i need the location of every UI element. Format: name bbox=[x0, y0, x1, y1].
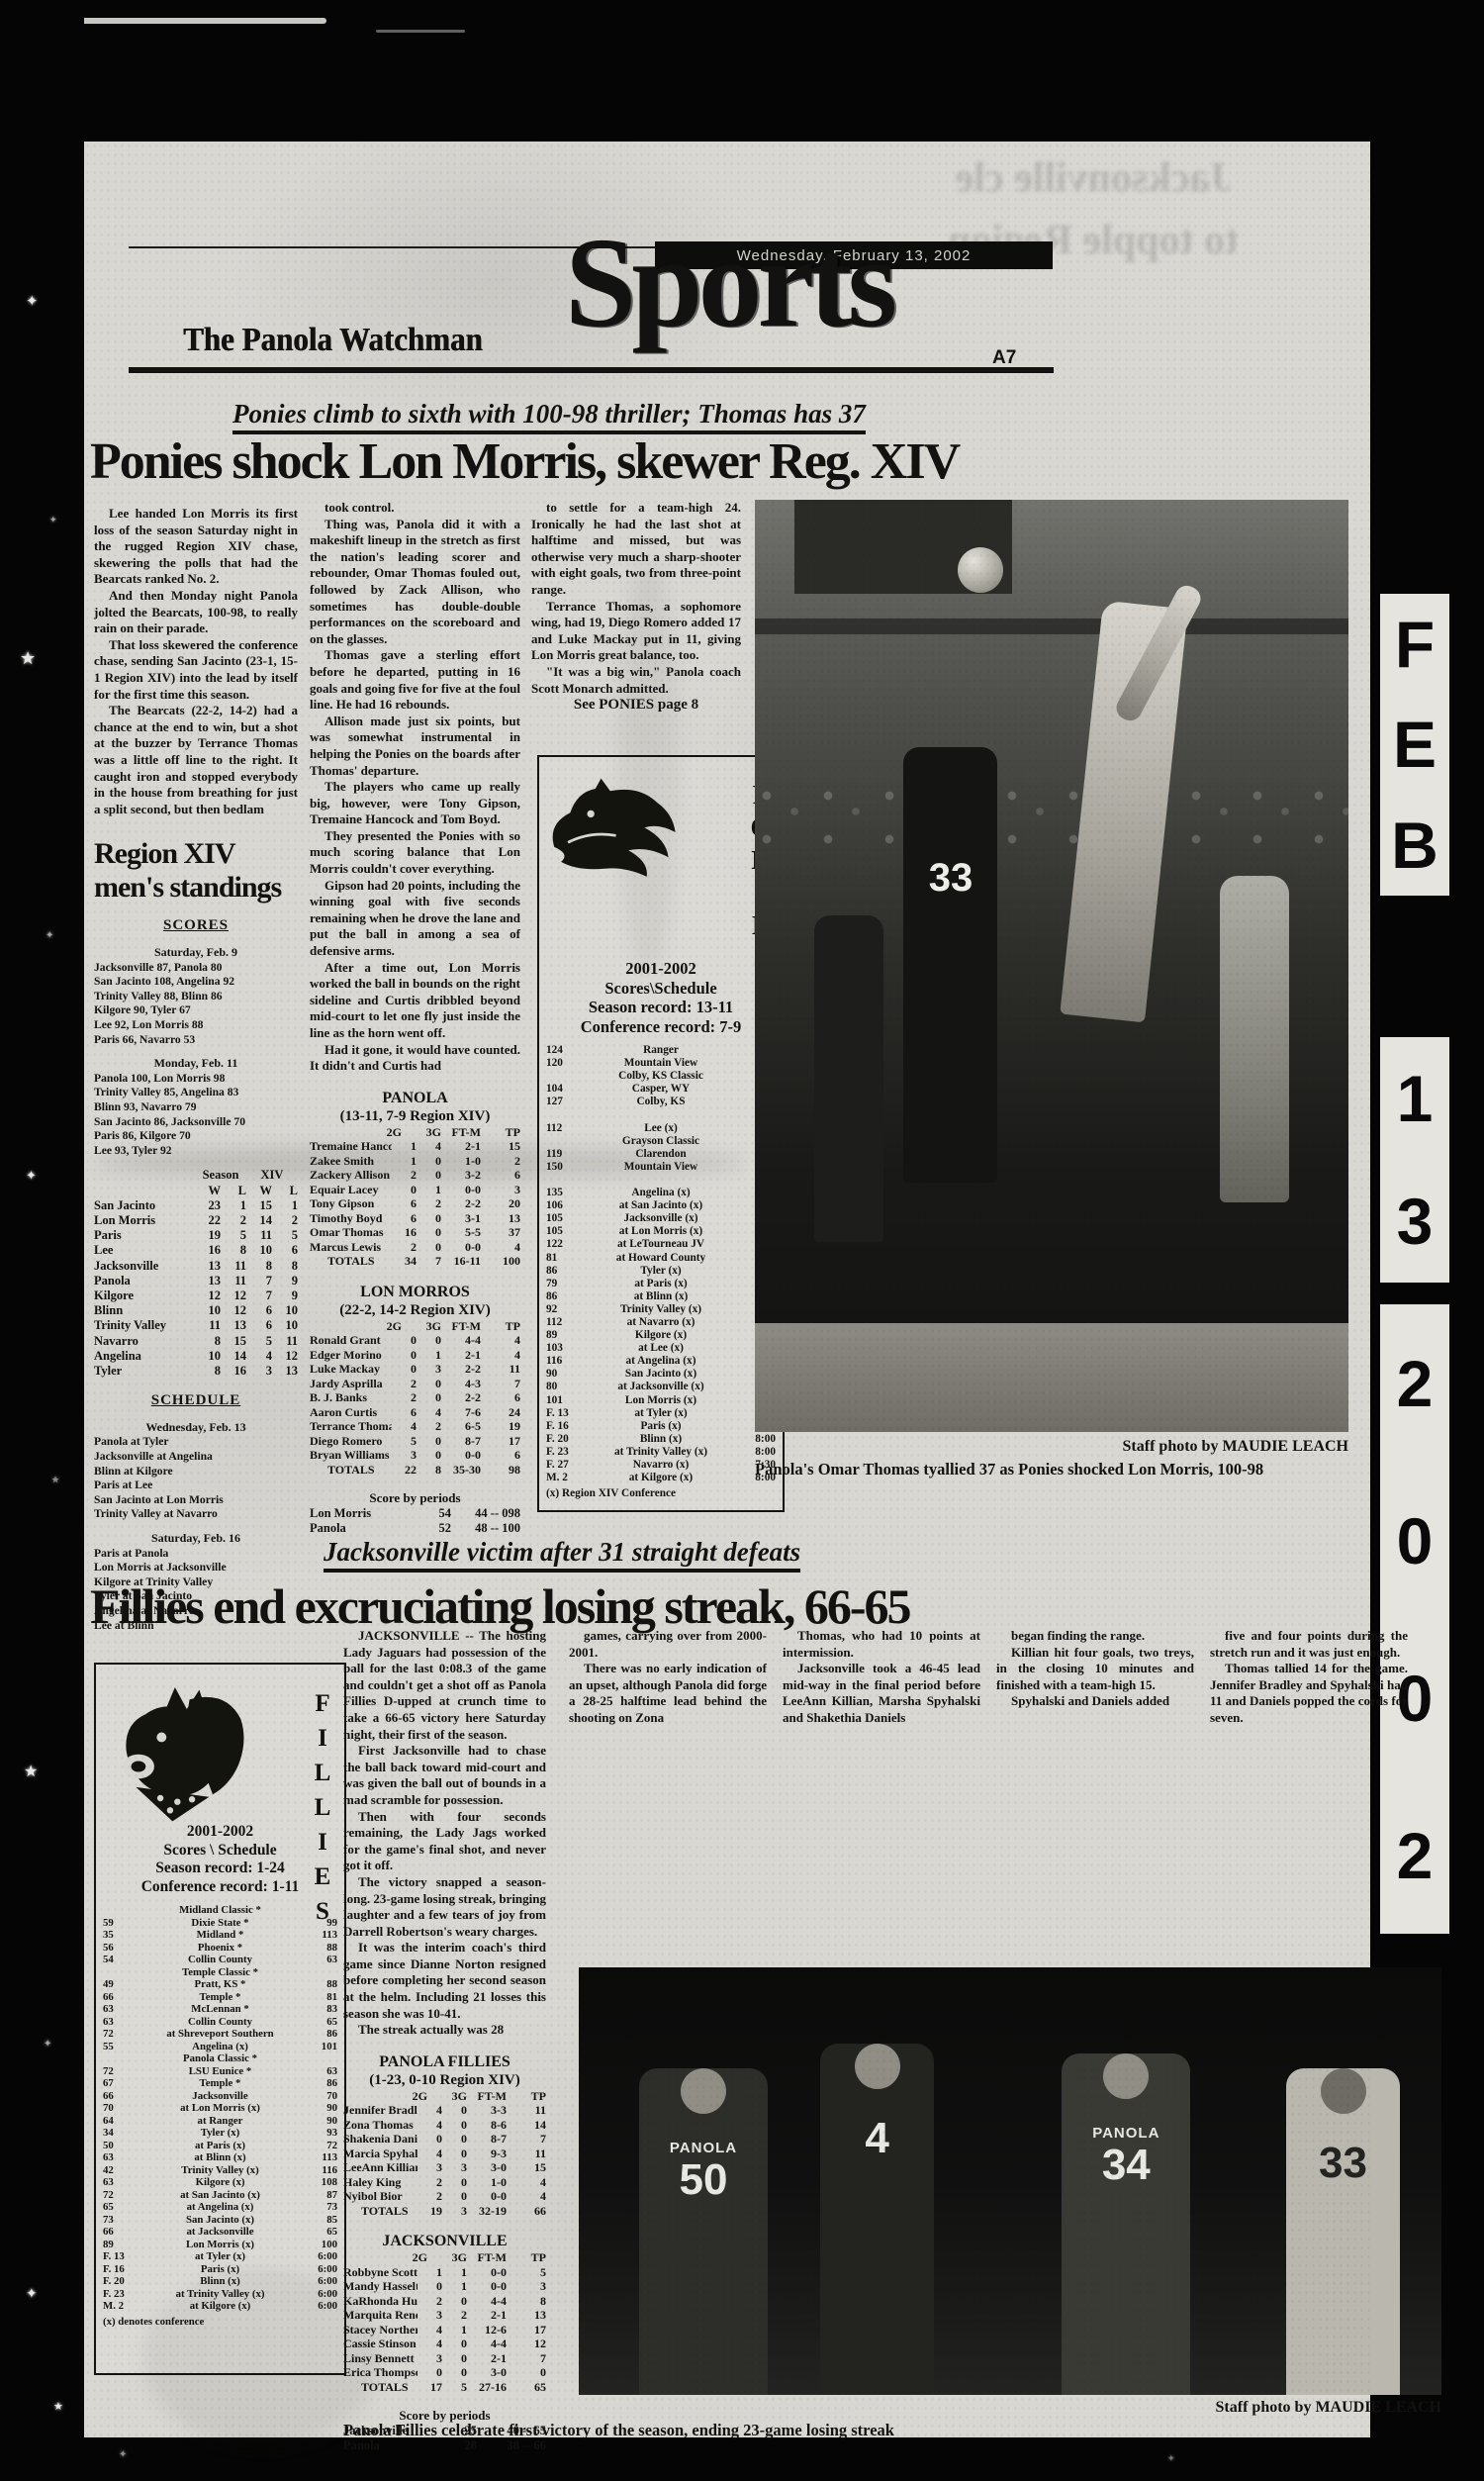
player-name: Jardy Asprilla bbox=[310, 1377, 392, 1391]
schedule-row: 54 Collin County 63 bbox=[103, 1954, 337, 1966]
bleed-line: Jacksonville cle bbox=[856, 147, 1331, 210]
box-score-row: Ronald Grant 00 4-44 bbox=[310, 1333, 520, 1348]
box-score-row: Bryan Williams 30 0-06 bbox=[310, 1448, 520, 1463]
box-col-header: 2G bbox=[362, 1125, 402, 1140]
scores-day1: Saturday, Feb. 9 bbox=[94, 944, 298, 961]
schedule-row: 56 Phoenix * 88 bbox=[103, 1942, 337, 1955]
photo-beam bbox=[755, 619, 1348, 634]
standings-title-line2: men's standings bbox=[94, 871, 298, 905]
standings-wl-header: WLWL bbox=[94, 1184, 298, 1198]
photo-fillies-celebration: PANOLA 50 4 PANOLA 34 bbox=[579, 1967, 1441, 2395]
star-decoration: ★ bbox=[24, 1762, 38, 1781]
box-score-row: Jardy Asprilla 20 4-37 bbox=[310, 1377, 520, 1391]
schedule-row: F. 20 Blinn (x) 8:00 bbox=[546, 1433, 776, 1446]
box-score-row: Tony Gipson 62 2-220 bbox=[310, 1196, 520, 1211]
fillies-jax-box-score: JACKSONVILLE 2G3GFT-MTP Robbyne Scott 11… bbox=[343, 2232, 546, 2394]
photo-caption-1: Panola's Omar Thomas tyallied 37 as Poni… bbox=[755, 1460, 1408, 1479]
schedule-row: 66 at Jacksonville 65 bbox=[103, 2226, 337, 2239]
score-line: Paris 86, Kilgore 70 bbox=[94, 1129, 298, 1144]
date-letter: 1 bbox=[1397, 1066, 1434, 1131]
box-col-header: 2G bbox=[362, 1319, 402, 1334]
player-name: Zakee Smith bbox=[310, 1154, 392, 1169]
vertical-letter: I bbox=[306, 1825, 339, 1860]
player-name: Equair Lacey bbox=[310, 1183, 392, 1197]
story-paragraph: Thomas tallied 14 for the game. Jennifer… bbox=[1210, 1661, 1408, 1726]
score-line: Trinity Valley 88, Blinn 86 bbox=[94, 990, 298, 1004]
player-name: Edger Morino bbox=[310, 1348, 392, 1363]
team-name: Panola bbox=[94, 1274, 195, 1288]
box-score-row: Stacey Northern 41 12-617 bbox=[343, 2323, 546, 2338]
story-paragraph: Thomas, who had 10 points at intermissio… bbox=[783, 1628, 980, 1661]
box-score-row: Shakenia Daniels 00 8-77 bbox=[343, 2132, 546, 2147]
player-name: Zackery Allison bbox=[310, 1168, 392, 1183]
schedule-row: 63 at Blinn (x) 113 bbox=[103, 2151, 337, 2164]
schedule-row: 105 Jacksonville (x) 111 bbox=[546, 1212, 776, 1225]
ponies-schedule-footnote: (x) Region XIV Conference bbox=[546, 1487, 776, 1499]
player-name: Tony Gipson bbox=[310, 1196, 392, 1211]
box-score-row: Cassie Stinson 40 4-412 bbox=[343, 2337, 546, 2351]
schedule-row: 63 Kilgore (x) 108 bbox=[103, 2176, 337, 2189]
score-by-periods-1: Score by periods Lon Morris 54 44 -- 098… bbox=[310, 1490, 520, 1536]
schedule-header-line: Scores\Schedule bbox=[546, 979, 776, 999]
story-paragraph: Jacksonville took a 46-45 lead mid-way i… bbox=[783, 1661, 980, 1726]
photo-caption-2: Panola Fillies celebrate first victory o… bbox=[343, 2421, 1333, 2440]
score-line: Lee 93, Tyler 92 bbox=[94, 1144, 298, 1159]
box-col-header: FT-M bbox=[441, 1125, 481, 1140]
periods-row: Lon Morris 54 44 -- 098 bbox=[310, 1506, 520, 1521]
box-totals-row: TOTALS 17 5 27-16 65 bbox=[343, 2380, 546, 2395]
photo-player-figure: PANOLA 34 bbox=[1062, 2053, 1190, 2395]
schedule-row: 73 San Jacinto (x) 85 bbox=[103, 2214, 337, 2227]
schedule-row: Temple Classic * bbox=[103, 1966, 337, 1979]
schedule-row: 79 at Paris (x) 96 bbox=[546, 1278, 776, 1290]
jersey-team-label: PANOLA bbox=[1062, 2125, 1190, 2142]
story-paragraph: And then Monday night Panola jolted the … bbox=[94, 588, 298, 637]
schedule-header-line: 2001-2002 bbox=[546, 959, 776, 979]
date-letter: F bbox=[1395, 612, 1435, 677]
star-decoration: ★ bbox=[51, 1475, 59, 1485]
box-score-row: Equair Lacey 01 0-03 bbox=[310, 1183, 520, 1197]
player-name: Linsy Bennett bbox=[343, 2351, 417, 2366]
box-score-row: Terrance Thomas 42 6-519 bbox=[310, 1419, 520, 1434]
schedule-row: 103 at Lee (x) 85 bbox=[546, 1342, 776, 1355]
player-name: Robbyne Scott bbox=[343, 2265, 417, 2280]
photo-player-figure: PANOLA 50 bbox=[639, 2068, 768, 2395]
standings-row: Navarro 8 15 5 11 bbox=[94, 1334, 298, 1349]
schedule-row: Panola Classic * bbox=[103, 2052, 337, 2065]
box-score-row: Marcia Spyhalski 40 9-311 bbox=[343, 2147, 546, 2161]
schedule-row: 116 at Angelina (x) 106 bbox=[546, 1355, 776, 1368]
photo-player-defender bbox=[903, 747, 997, 1183]
star-decoration: ✦ bbox=[49, 515, 57, 525]
story-paragraph: After a time out, Lon Morris worked the … bbox=[310, 960, 520, 1042]
box-score-row: Marquita Rendle 32 2-113 bbox=[343, 2308, 546, 2323]
ponies-logo bbox=[545, 769, 694, 903]
jersey-number: 33 bbox=[913, 856, 988, 901]
ponies-article-col1: Lee handed Lon Morris its first loss of … bbox=[94, 506, 298, 1633]
schedule-row: 92 Trinity Valley (x) 72 bbox=[546, 1303, 776, 1316]
periods-heading: Score by periods bbox=[310, 1490, 520, 1506]
story-paragraph: games, carrying over from 2000-2001. bbox=[569, 1628, 767, 1661]
scores-day2-list: Panola 100, Lon Morris 98Trinity Valley … bbox=[94, 1072, 298, 1159]
standings-title: Region XIV men's standings bbox=[94, 837, 298, 904]
player-name: Terrance Thomas bbox=[310, 1419, 392, 1434]
story-paragraph: They presented the Ponies with so much s… bbox=[310, 828, 520, 878]
box-col-header: 3G bbox=[402, 1125, 441, 1140]
standings-row: Paris 19 5 11 5 bbox=[94, 1228, 298, 1243]
story-paragraph: to settle for a team-high 24. Ironically… bbox=[531, 500, 741, 599]
schedule-row: 135 Angelina (x) 109 bbox=[546, 1187, 776, 1199]
ponies-schedule-rows: 124 Ranger 109 120 Mountain View 100 Col… bbox=[546, 1044, 776, 1484]
box-col-header: 2G bbox=[388, 2089, 427, 2104]
section-title: Sports bbox=[565, 219, 892, 347]
jersey-number: 33 bbox=[1286, 2140, 1400, 2187]
ponies-schedule-header: 2001-2002Scores\ScheduleSeason record: 1… bbox=[546, 959, 776, 1036]
schedule-row: 112 at Navarro (x) 97 bbox=[546, 1316, 776, 1329]
box-score-row: Marcus Lewis 20 0-04 bbox=[310, 1240, 520, 1255]
schedule-row: 120 Mountain View 100 bbox=[546, 1057, 776, 1070]
fillies-schedule-rows: Midland Classic * 59 Dixie State * 99 35… bbox=[103, 1904, 337, 2313]
schedule-row: 89 Lon Morris (x) 100 bbox=[103, 2239, 337, 2251]
box-col-header: TP bbox=[507, 2089, 546, 2104]
schedule-row: 89 Kilgore (x) 85 bbox=[546, 1329, 776, 1342]
schedule-line: Blinn at Kilgore bbox=[94, 1465, 298, 1479]
fillies-article-col1: JACKSONVILLE -- The hosting Lady Jaguars… bbox=[343, 1628, 546, 2453]
scores-day1-list: Jacksonville 87, Panola 80San Jacinto 10… bbox=[94, 961, 298, 1048]
box-score-row: Zona Thomas 40 8-614 bbox=[343, 2118, 546, 2133]
fillies-article-col2: games, carrying over from 2000-2001.Ther… bbox=[569, 1628, 767, 1727]
standings-row: Lee 16 8 10 6 bbox=[94, 1243, 298, 1258]
story-paragraph: Thing was, Panola did it with a makeshif… bbox=[310, 517, 520, 648]
schedule-row: 72 LSU Eunice * 63 bbox=[103, 2065, 337, 2078]
box-score-row: Erica Thompson 00 3-00 bbox=[343, 2365, 546, 2380]
player-name: Nyibol Bior bbox=[343, 2189, 417, 2204]
score-line: San Jacinto 108, Angelina 92 bbox=[94, 975, 298, 990]
film-edge-top bbox=[0, 0, 1484, 142]
team-name: Angelina bbox=[94, 1349, 195, 1364]
box-col-header: 2G bbox=[388, 2250, 427, 2265]
story-paragraph: The victory snapped a season-long. 23-ga… bbox=[343, 1874, 546, 1940]
story-paragraph: It was the interim coach's third game si… bbox=[343, 1940, 546, 2022]
photo-crowd bbox=[755, 782, 1348, 851]
star-decoration: ★ bbox=[53, 2400, 63, 2413]
photo-player bbox=[1220, 876, 1289, 1202]
date-letter: E bbox=[1393, 712, 1437, 777]
player-name: B. J. Banks bbox=[310, 1390, 392, 1405]
story-paragraph: First Jacksonville had to chase the ball… bbox=[343, 1743, 546, 1808]
team-name: San Jacinto bbox=[94, 1198, 195, 1213]
box-score-row: Aaron Curtis 64 7-624 bbox=[310, 1405, 520, 1420]
star-decoration: ✦ bbox=[46, 930, 53, 941]
box-score-row: Jennifer Bradley 40 3-311 bbox=[343, 2103, 546, 2118]
star-decoration: ✦ bbox=[119, 2449, 127, 2460]
date-letter: B bbox=[1391, 812, 1438, 878]
team-name: Kilgore bbox=[94, 1288, 195, 1303]
schedule-row: F. 16 Paris (x) 8:00 bbox=[546, 1420, 776, 1433]
box-score-row: Timothy Boyd 60 3-113 bbox=[310, 1211, 520, 1226]
vertical-letter: L bbox=[306, 1756, 339, 1790]
story-paragraph: That loss skewered the conference chase,… bbox=[94, 637, 298, 703]
schedule-row: F. 23 at Trinity Valley (x) 6:00 bbox=[103, 2288, 337, 2301]
photo-court-floor bbox=[755, 1323, 1348, 1432]
date-tab-year: 2002 bbox=[1380, 1304, 1449, 1934]
schedule-row: F. 23 at Trinity Valley (x) 8:00 bbox=[546, 1446, 776, 1459]
fillies-kicker: Jacksonville victim after 31 straight de… bbox=[324, 1537, 800, 1573]
schedule-line: Paris at Panola bbox=[94, 1547, 298, 1562]
photo-player bbox=[814, 915, 883, 1242]
box-score-row: Linsy Bennett 30 2-17 bbox=[343, 2351, 546, 2366]
standings-row: Lon Morris 22 2 14 2 bbox=[94, 1213, 298, 1228]
wl-label: W bbox=[195, 1184, 221, 1198]
schedule-row: 150 Mountain View 110 bbox=[546, 1161, 776, 1174]
star-decoration: ✦ bbox=[26, 292, 39, 311]
schedule-row: 112 Lee (x) 140 bbox=[546, 1122, 776, 1135]
box-score-row: Mandy Hasseltine 01 0-03 bbox=[343, 2279, 546, 2294]
standings-row: San Jacinto 23 1 15 1 bbox=[94, 1198, 298, 1213]
team-name: Lee bbox=[94, 1243, 195, 1258]
schedule-row: M. 2 at Kilgore (x) 6:00 bbox=[103, 2300, 337, 2313]
story-paragraph: There was no early indication of an upse… bbox=[569, 1661, 767, 1726]
story-paragraph: Had it gone, it would have counted. It d… bbox=[310, 1042, 520, 1075]
schedule-header-line: Scores \ Schedule bbox=[103, 1842, 337, 1861]
standings-row: Panola 13 11 7 9 bbox=[94, 1274, 298, 1288]
box-score-row: Luke Mackay 03 2-211 bbox=[310, 1362, 520, 1377]
player-head bbox=[1103, 2053, 1149, 2099]
team-name: Lon Morris bbox=[94, 1213, 195, 1228]
box-col-header: 3G bbox=[427, 2089, 467, 2104]
schedule-header-line: Conference record: 7-9 bbox=[546, 1017, 776, 1037]
periods-row: Panola 28 38 -- 66 bbox=[343, 2438, 546, 2453]
score-line: Kilgore 90, Tyler 67 bbox=[94, 1003, 298, 1018]
wl-label: L bbox=[272, 1184, 298, 1198]
schedule-day1-list: Panola at TylerJacksonville at AngelinaB… bbox=[94, 1435, 298, 1522]
story-paragraph: The Bearcats (22-2, 14-2) had a chance a… bbox=[94, 703, 298, 817]
schedule-line: San Jacinto at Lon Morris bbox=[94, 1493, 298, 1508]
story-paragraph: Gipson had 20 points, including the winn… bbox=[310, 878, 520, 960]
score-line: Jacksonville 87, Panola 80 bbox=[94, 961, 298, 976]
team-name: Tyler bbox=[94, 1364, 195, 1379]
ponies-article-col3: to settle for a team-high 24. Ironically… bbox=[531, 500, 741, 714]
ponies-article-col2: took control.Thing was, Panola did it wi… bbox=[310, 500, 520, 1536]
standings-row: Blinn 10 12 6 10 bbox=[94, 1303, 298, 1318]
score-line: Paris 66, Navarro 53 bbox=[94, 1033, 298, 1048]
standings-xiv-header: XIV bbox=[246, 1168, 298, 1183]
date-letter: 2 bbox=[1397, 1351, 1434, 1416]
schedule-row: 119 Clarendon 101 bbox=[546, 1148, 776, 1161]
player-name: Cassie Stinson bbox=[343, 2337, 417, 2351]
film-scratch bbox=[376, 30, 465, 33]
story-paragraph: JACKSONVILLE -- The hosting Lady Jaguars… bbox=[343, 1628, 546, 1743]
periods-row: Panola 52 48 -- 100 bbox=[310, 1521, 520, 1536]
schedule-row: 127 Colby, KS 136 bbox=[546, 1096, 776, 1108]
box-title: PANOLA FILLIES bbox=[343, 2052, 546, 2071]
schedule-row: 66 Temple * 81 bbox=[103, 1991, 337, 2004]
player-head bbox=[1321, 2068, 1366, 2114]
ponies-headline: Ponies shock Lon Morris, skewer Reg. XIV bbox=[90, 436, 959, 488]
schedule-row: 63 Collin County 65 bbox=[103, 2016, 337, 2029]
schedule-row: 66 Jacksonville 70 bbox=[103, 2090, 337, 2103]
box-col-header: 3G bbox=[402, 1319, 441, 1334]
schedule-line: Jacksonville at Angelina bbox=[94, 1450, 298, 1465]
player-name: Luke Mackay bbox=[310, 1362, 392, 1377]
horse-icon bbox=[545, 769, 694, 898]
story-paragraph: Thomas gave a sterling effort before he … bbox=[310, 647, 520, 713]
player-name: Tremaine Hancock bbox=[310, 1139, 392, 1154]
box-col-header: 3G bbox=[427, 2250, 467, 2265]
standings-row: Jacksonville 13 11 8 8 bbox=[94, 1259, 298, 1274]
story-paragraph: took control. bbox=[310, 500, 520, 517]
box-score-row: LeeAnn Killian 33 3-015 bbox=[343, 2160, 546, 2175]
schedule-row bbox=[546, 1108, 776, 1121]
star-decoration: ✦ bbox=[26, 1168, 37, 1184]
player-name: Stacey Northern bbox=[343, 2323, 417, 2338]
player-name: Aaron Curtis bbox=[310, 1405, 392, 1420]
story-paragraph: "It was a big win," Panola coach Scott M… bbox=[531, 664, 741, 697]
schedule-row: 90 San Jacinto (x) 101 bbox=[546, 1368, 776, 1381]
schedule-row: 49 Pratt, KS * 88 bbox=[103, 1978, 337, 1991]
fillies-article-col3: Thomas, who had 10 points at intermissio… bbox=[783, 1628, 980, 1727]
story-paragraph: The streak actually was 28 bbox=[343, 2022, 546, 2039]
player-name: Ronald Grant bbox=[310, 1333, 392, 1348]
score-line: Lee 92, Lon Morris 88 bbox=[94, 1018, 298, 1033]
schedule-row: Colby, KS Classic bbox=[546, 1070, 776, 1083]
newspaper-nameplate: The Panola Watchman bbox=[183, 320, 483, 359]
schedule-row: 105 at Lon Morris (x) 116 bbox=[546, 1225, 776, 1238]
team-name: Trinity Valley bbox=[94, 1318, 195, 1333]
player-name: Timothy Boyd bbox=[310, 1211, 392, 1226]
box-score-row: Tremaine Hancock 14 2-115 bbox=[310, 1139, 520, 1154]
schedule-heading: SCHEDULE bbox=[94, 1392, 298, 1409]
schedule-row: 70 at Lon Morris (x) 90 bbox=[103, 2102, 337, 2115]
vertical-letter: S bbox=[306, 1894, 339, 1929]
schedule-row: 50 at Paris (x) 72 bbox=[103, 2140, 337, 2152]
vertical-letter: E bbox=[306, 1860, 339, 1894]
ponies-kicker: Ponies climb to sixth with 100-98 thrill… bbox=[232, 399, 866, 434]
standings-row: Kilgore 12 12 7 9 bbox=[94, 1288, 298, 1303]
fillies-vertical-letters: FILLIES bbox=[306, 1686, 339, 1929]
ponies-schedule-box: PONIES 2001-2002Scores\ScheduleSeason re… bbox=[537, 755, 785, 1512]
scores-day2: Monday, Feb. 11 bbox=[94, 1055, 298, 1072]
photo-main-basketball: 33 bbox=[755, 500, 1348, 1432]
date-letter: 2 bbox=[1397, 1823, 1434, 1888]
vertical-letter: I bbox=[306, 1721, 339, 1756]
schedule-row: 64 at Ranger 90 bbox=[103, 2115, 337, 2128]
schedule-row: F. 16 Paris (x) 6:00 bbox=[103, 2263, 337, 2276]
box-score-row: Edger Morino 01 2-14 bbox=[310, 1348, 520, 1363]
box-col-header: TP bbox=[481, 1125, 520, 1140]
box-score-row: KaRhonda Hunter 20 4-48 bbox=[343, 2294, 546, 2309]
schedule-day1: Wednesday, Feb. 13 bbox=[94, 1419, 298, 1436]
schedule-row bbox=[546, 1174, 776, 1187]
score-line: Blinn 93, Navarro 79 bbox=[94, 1100, 298, 1115]
score-line: Trinity Valley 85, Angelina 83 bbox=[94, 1086, 298, 1100]
player-name: Bryan Williams bbox=[310, 1448, 392, 1463]
jersey-number: 50 bbox=[639, 2156, 768, 2204]
lonmorris-box-score: LON MORROS (22-2, 14-2 Region XIV) 2G3GF… bbox=[310, 1283, 520, 1478]
standings-title-line1: Region XIV bbox=[94, 837, 298, 871]
team-name: Jacksonville bbox=[94, 1259, 195, 1274]
schedule-row: F. 20 Blinn (x) 6:00 bbox=[103, 2275, 337, 2288]
fillies-schedule-header: 2001-2002Scores \ ScheduleSeason record:… bbox=[103, 1823, 337, 1896]
schedule-line: Panola at Tyler bbox=[94, 1435, 298, 1450]
fillies-schedule-footnote: (x) denotes conference bbox=[103, 2316, 337, 2328]
schedule-row: 72 at San Jacinto (x) 87 bbox=[103, 2189, 337, 2202]
wl-label: L bbox=[221, 1184, 246, 1198]
box-col-header: FT-M bbox=[441, 1319, 481, 1334]
score-line: San Jacinto 86, Jacksonville 70 bbox=[94, 1115, 298, 1130]
schedule-row: 67 Temple * 86 bbox=[103, 2077, 337, 2090]
schedule-row: 72 at Shreveport Southern 86 bbox=[103, 2028, 337, 2041]
schedule-header-line: Season record: 13-11 bbox=[546, 998, 776, 1017]
schedule-row: F. 27 Navarro (x) 7:30 bbox=[546, 1459, 776, 1472]
player-name: Haley King bbox=[343, 2175, 417, 2190]
vertical-letter: F bbox=[306, 1686, 339, 1721]
schedule-row: 80 at Jacksonville (x) 87 bbox=[546, 1381, 776, 1393]
box-totals-row: TOTALS 22 8 35-30 98 bbox=[310, 1463, 520, 1478]
schedule-header-line: Conference record: 1-11 bbox=[103, 1878, 337, 1897]
box-title: LON MORROS bbox=[310, 1283, 520, 1301]
standings-table: San Jacinto 23 1 15 1 Lon Morris 22 2 14… bbox=[94, 1198, 298, 1379]
date-letter: 0 bbox=[1397, 1508, 1434, 1574]
fillies-article-col5: five and four points during the stretch … bbox=[1210, 1628, 1408, 1727]
player-name: Mandy Hasseltine bbox=[343, 2279, 417, 2294]
box-score-row: Haley King 20 1-04 bbox=[343, 2175, 546, 2190]
team-name: Navarro bbox=[94, 1334, 195, 1349]
photo-credit-1: Staff photo by MAUDIE LEACH bbox=[755, 1438, 1348, 1456]
photo-player-figure: 33 bbox=[1286, 2068, 1400, 2395]
panola-box-score: PANOLA (13-11, 7-9 Region XIV) 2G3GFT-MT… bbox=[310, 1089, 520, 1269]
fillies-panola-box-score: PANOLA FILLIES (1-23, 0-10 Region XIV) 2… bbox=[343, 2052, 546, 2219]
box-col-header: TP bbox=[507, 2250, 546, 2265]
player-name: LeeAnn Killian bbox=[343, 2160, 417, 2175]
basketball-icon bbox=[958, 547, 1003, 593]
schedule-line: Lon Morris at Jacksonville bbox=[94, 1561, 298, 1575]
standings-row: Trinity Valley 11 13 6 10 bbox=[94, 1318, 298, 1333]
box-title: PANOLA bbox=[310, 1089, 520, 1107]
horse-head-icon bbox=[102, 1676, 260, 1825]
standings-row: Angelina 10 14 4 12 bbox=[94, 1349, 298, 1364]
film-edge-bottom: ✦ ✦ bbox=[0, 2437, 1484, 2481]
story-paragraph: Allison made just six points, but was so… bbox=[310, 714, 520, 779]
box-totals-row: TOTALS 34 7 16-11 100 bbox=[310, 1254, 520, 1269]
jersey-number: 34 bbox=[1062, 2142, 1190, 2189]
story-paragraph: began finding the range. bbox=[996, 1628, 1194, 1645]
schedule-line: Paris at Lee bbox=[94, 1479, 298, 1493]
story-paragraph: Killian hit four goals, two treys, in th… bbox=[996, 1645, 1194, 1694]
box-col-header: FT-M bbox=[467, 2089, 507, 2104]
standings-row: Tyler 8 16 3 13 bbox=[94, 1364, 298, 1379]
box-record: (22-2, 14-2 Region XIV) bbox=[310, 1301, 520, 1319]
newspaper-paper: Jacksonville cle to topple Region Wednes… bbox=[84, 142, 1370, 2437]
box-record: (13-11, 7-9 Region XIV) bbox=[310, 1107, 520, 1125]
score-line: Panola 100, Lon Morris 98 bbox=[94, 1072, 298, 1087]
box-totals-row: TOTALS 19 3 32-19 66 bbox=[343, 2204, 546, 2219]
schedule-row: 42 Trinity Valley (x) 116 bbox=[103, 2164, 337, 2177]
jersey-team-label: PANOLA bbox=[639, 2140, 768, 2156]
fillies-headline: Fillies end excruciating losing streak, … bbox=[90, 1581, 909, 1631]
story-paragraph: The players who came up really big, howe… bbox=[310, 779, 520, 828]
star-decoration: ✦ bbox=[44, 2039, 51, 2050]
schedule-row: 86 at Blinn (x) 110 bbox=[546, 1290, 776, 1303]
star-decoration: ✦ bbox=[1167, 2453, 1175, 2464]
team-name: Blinn bbox=[94, 1303, 195, 1318]
player-name: Zona Thomas bbox=[343, 2118, 417, 2133]
player-name: Omar Thomas bbox=[310, 1225, 392, 1240]
schedule-row: 122 at LeTourneau JV 50 bbox=[546, 1238, 776, 1251]
schedule-row: 86 Tyler (x) 105 bbox=[546, 1265, 776, 1278]
schedule-row: 55 Angelina (x) 101 bbox=[103, 2041, 337, 2053]
film-edge-left: ✦ ✦ ★ ✦ ✦ ★ ★ ✦ ✦ ★ bbox=[0, 0, 84, 2481]
